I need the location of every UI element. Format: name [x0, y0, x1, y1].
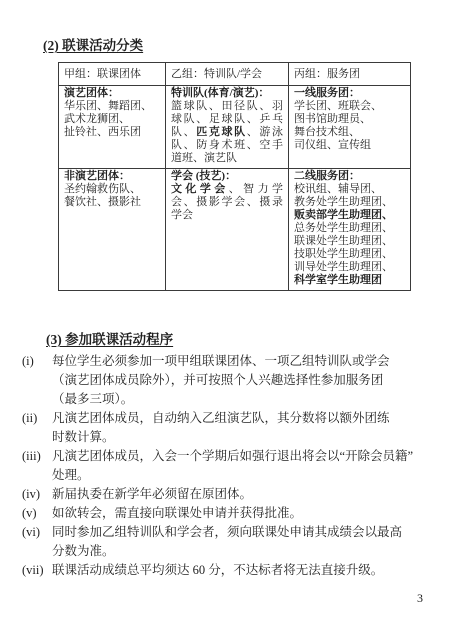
cell-line: 演艺团体： [64, 87, 160, 100]
text: 图书馆助理员、 [294, 113, 371, 125]
list-item-line: 每位学生必须参加一项甲组联课团体、一项乙组特训队或学会 [52, 352, 432, 371]
text: 餐饮社、摄影社 [64, 196, 141, 208]
list-item-line: 凡演艺团体成员，自动纳入乙组演艺队，其分数将以额外团练 [52, 409, 432, 428]
cell-line: 队、匹克球队、游泳 [171, 126, 283, 139]
cell-line: 技职处学生助理团、 [294, 248, 405, 261]
table-cell: 演艺团体：华乐团、舞蹈团、武术龙狮团、扯铃社、西乐团 [59, 86, 166, 169]
list-item-line: （演艺团体成员除外），并可按照个人兴趣选择性参加服务团 [52, 371, 432, 390]
text: 教务处学生助理团、 [294, 196, 393, 208]
table-row: 演艺团体：华乐团、舞蹈团、武术龙狮团、扯铃社、西乐团特训队(体育/演艺)：篮球队… [59, 86, 411, 169]
table-header-group-c: 丙组：服务团 [289, 63, 411, 86]
table-header-group-b: 乙组：特训队/学会 [166, 63, 289, 86]
list-item-text: 凡演艺团体成员，入会一个学期后如强行退出将会以“开除会员籍”处理。 [52, 447, 432, 485]
cell-line: 武术龙狮团、 [64, 113, 160, 126]
cell-line: 贩卖部学生助理团、 [294, 209, 405, 222]
list-item-marker: (i) [22, 352, 52, 371]
cell-line: 二线服务团： [294, 170, 405, 183]
page-number: 3 [417, 591, 423, 606]
text: 训导处学生助理团、 [294, 261, 393, 273]
list-item-text: 凡演艺团体成员，自动纳入乙组演艺队，其分数将以额外团练时数计算。 [52, 409, 432, 447]
text: 武术龙狮团、 [64, 113, 130, 125]
text: 、智力学 [229, 183, 283, 195]
bold-text: 一线服务团： [294, 87, 360, 99]
list-item: (vii)联课活动成绩总平均须达 60 分，不达标者将无法直接升级。 [22, 561, 432, 580]
cell-line: 圣约翰救伤队、 [64, 183, 160, 196]
cell-line: 教务处学生助理团、 [294, 196, 405, 209]
list-item: (i)每位学生必须参加一项甲组联课团体、一项乙组特训队或学会（演艺团体成员除外）… [22, 352, 432, 409]
list-item: (vi)同时参加乙组特训队和学会者，须向联课处申请其成绩会以最高分数为准。 [22, 523, 432, 561]
text: 司仪组、宣传组 [294, 139, 371, 151]
class-table-body: 演艺团体：华乐团、舞蹈团、武术龙狮团、扯铃社、西乐团特训队(体育/演艺)：篮球队… [59, 86, 411, 291]
bold-text: 非演艺团体： [64, 170, 130, 182]
bold-text: 匹克球队 [196, 126, 247, 138]
cell-line: 校讯组、辅导团、 [294, 183, 405, 196]
text: 学长团、班联会、 [294, 100, 382, 112]
cell-line: 篮球队、田径队、羽 [171, 100, 283, 113]
text: 圣约翰救伤队、 [64, 183, 141, 195]
cell-line: 餐饮社、摄影社 [64, 196, 160, 209]
section3-title: (3) 参加联课活动程序 [46, 332, 173, 347]
cell-line: 非演艺团体： [64, 170, 160, 183]
table-cell: 非演艺团体：圣约翰救伤队、餐饮社、摄影社 [59, 169, 166, 291]
cell-line: 扯铃社、西乐团 [64, 126, 160, 139]
cell-line: 一线服务团： [294, 87, 405, 100]
cell-line: 球队、足球队、乒乓 [171, 113, 283, 126]
list-item-line: 同时参加乙组特训队和学会者，须向联课处申请其成绩会以最高 [52, 523, 432, 542]
cell-line: 科学室学生助理团 [294, 274, 405, 287]
list-item-text: 联课活动成绩总平均须达 60 分，不达标者将无法直接升级。 [52, 561, 432, 580]
list-item-marker: (ii) [22, 409, 52, 428]
cell-line: 文化学会、智力学 [171, 183, 283, 196]
text: 篮球队、田径队、羽 [171, 100, 283, 112]
list-item-line: 联课活动成绩总平均须达 60 分，不达标者将无法直接升级。 [52, 561, 432, 580]
text: 队、防身术班、空手 [171, 139, 283, 151]
cell-line: 队、防身术班、空手 [171, 139, 283, 152]
cell-line: 总务处学生助理团、 [294, 222, 405, 235]
list-item-text: 同时参加乙组特训队和学会者，须向联课处申请其成绩会以最高分数为准。 [52, 523, 432, 561]
cell-line: 司仪组、宣传组 [294, 139, 405, 152]
cell-line: 图书馆助理员、 [294, 113, 405, 126]
text: 、游泳 [247, 126, 283, 138]
list-item-line: 分数为准。 [52, 542, 432, 561]
bold-text: 科学室学生助理团 [294, 274, 382, 286]
cell-line: 训导处学生助理团、 [294, 261, 405, 274]
text: 扯铃社、西乐团 [64, 126, 141, 138]
cell-line: 华乐团、舞蹈团、 [64, 100, 160, 113]
list-item-text: 如欲转会，需直接向联课处申请并获得批准。 [52, 504, 432, 523]
list-item: (iii)凡演艺团体成员，入会一个学期后如强行退出将会以“开除会员籍”处理。 [22, 447, 432, 485]
list-item-line: 凡演艺团体成员，入会一个学期后如强行退出将会以“开除会员籍” [52, 447, 432, 466]
table-row: 非演艺团体：圣约翰救伤队、餐饮社、摄影社学会 (技艺)：文化学会、智力学会、摄影… [59, 169, 411, 291]
cell-line: 特训队(体育/演艺)： [171, 87, 283, 100]
text: 球队、足球队、乒乓 [171, 113, 283, 125]
document-page: (2) 联课活动分类 甲组：联课团体 乙组：特训队/学会 丙组：服务团 演艺团体… [0, 0, 451, 640]
procedure-list: (i)每位学生必须参加一项甲组联课团体、一项乙组特训队或学会（演艺团体成员除外）… [22, 352, 432, 580]
text: 舞台技术组、 [294, 126, 360, 138]
bold-text: 贩卖部学生助理团、 [294, 209, 393, 221]
list-item-line: 新届执委在新学年必须留在原团体。 [52, 485, 432, 504]
bold-text: 文化学会 [171, 183, 229, 195]
text: 学会 [171, 209, 193, 221]
table-header-row: 甲组：联课团体 乙组：特训队/学会 丙组：服务团 [59, 63, 411, 86]
list-item-line: （最多三项）。 [52, 390, 432, 409]
list-item-marker: (iv) [22, 485, 52, 504]
bold-text: 特训队(体育/演艺)： [171, 87, 269, 99]
text: 道班、演艺队 [171, 152, 237, 164]
activity-classification-table: 甲组：联课团体 乙组：特训队/学会 丙组：服务团 演艺团体：华乐团、舞蹈团、武术… [58, 62, 411, 291]
table-header-group-a: 甲组：联课团体 [59, 63, 166, 86]
table-cell: 二线服务团：校讯组、辅导团、教务处学生助理团、贩卖部学生助理团、总务处学生助理团… [289, 169, 411, 291]
cell-line: 学会 (技艺)： [171, 170, 283, 183]
list-item-line: 时数计算。 [52, 428, 432, 447]
cell-line: 舞台技术组、 [294, 126, 405, 139]
text: 队、 [171, 126, 196, 138]
list-item-text: 每位学生必须参加一项甲组联课团体、一项乙组特训队或学会（演艺团体成员除外），并可… [52, 352, 432, 409]
list-item: (ii)凡演艺团体成员，自动纳入乙组演艺队，其分数将以额外团练时数计算。 [22, 409, 432, 447]
list-item: (v)如欲转会，需直接向联课处申请并获得批准。 [22, 504, 432, 523]
text: 技职处学生助理团、 [294, 248, 393, 260]
cell-line: 学长团、班联会、 [294, 100, 405, 113]
text: 校讯组、辅导团、 [294, 183, 382, 195]
list-item: (iv)新届执委在新学年必须留在原团体。 [22, 485, 432, 504]
table-cell: 一线服务团：学长团、班联会、图书馆助理员、舞台技术组、司仪组、宣传组 [289, 86, 411, 169]
cell-line: 学会 [171, 209, 283, 222]
bold-text: 演艺团体： [64, 87, 119, 99]
list-item-marker: (vii) [22, 561, 52, 580]
cell-line: 会、摄影学会、摄录 [171, 196, 283, 209]
text: 华乐团、舞蹈团、 [64, 100, 152, 112]
list-item-marker: (vi) [22, 523, 52, 542]
section2-title: (2) 联课活动分类 [43, 38, 143, 53]
table-cell: 特训队(体育/演艺)：篮球队、田径队、羽球队、足球队、乒乓队、匹克球队、游泳队、… [166, 86, 289, 169]
text: 会、摄影学会、摄录 [171, 196, 283, 208]
text: 总务处学生助理团、 [294, 222, 393, 234]
text: 联课处学生助理团、 [294, 235, 393, 247]
list-item-line: 如欲转会，需直接向联课处申请并获得批准。 [52, 504, 432, 523]
list-item-line: 处理。 [52, 466, 432, 485]
cell-line: 道班、演艺队 [171, 152, 283, 165]
list-item-marker: (iii) [22, 447, 52, 466]
list-item-marker: (v) [22, 504, 52, 523]
bold-text: 二线服务团： [294, 170, 360, 182]
cell-line: 联课处学生助理团、 [294, 235, 405, 248]
bold-text: 学会 (技艺)： [171, 170, 236, 182]
list-item-text: 新届执委在新学年必须留在原团体。 [52, 485, 432, 504]
table-cell: 学会 (技艺)：文化学会、智力学会、摄影学会、摄录学会 [166, 169, 289, 291]
